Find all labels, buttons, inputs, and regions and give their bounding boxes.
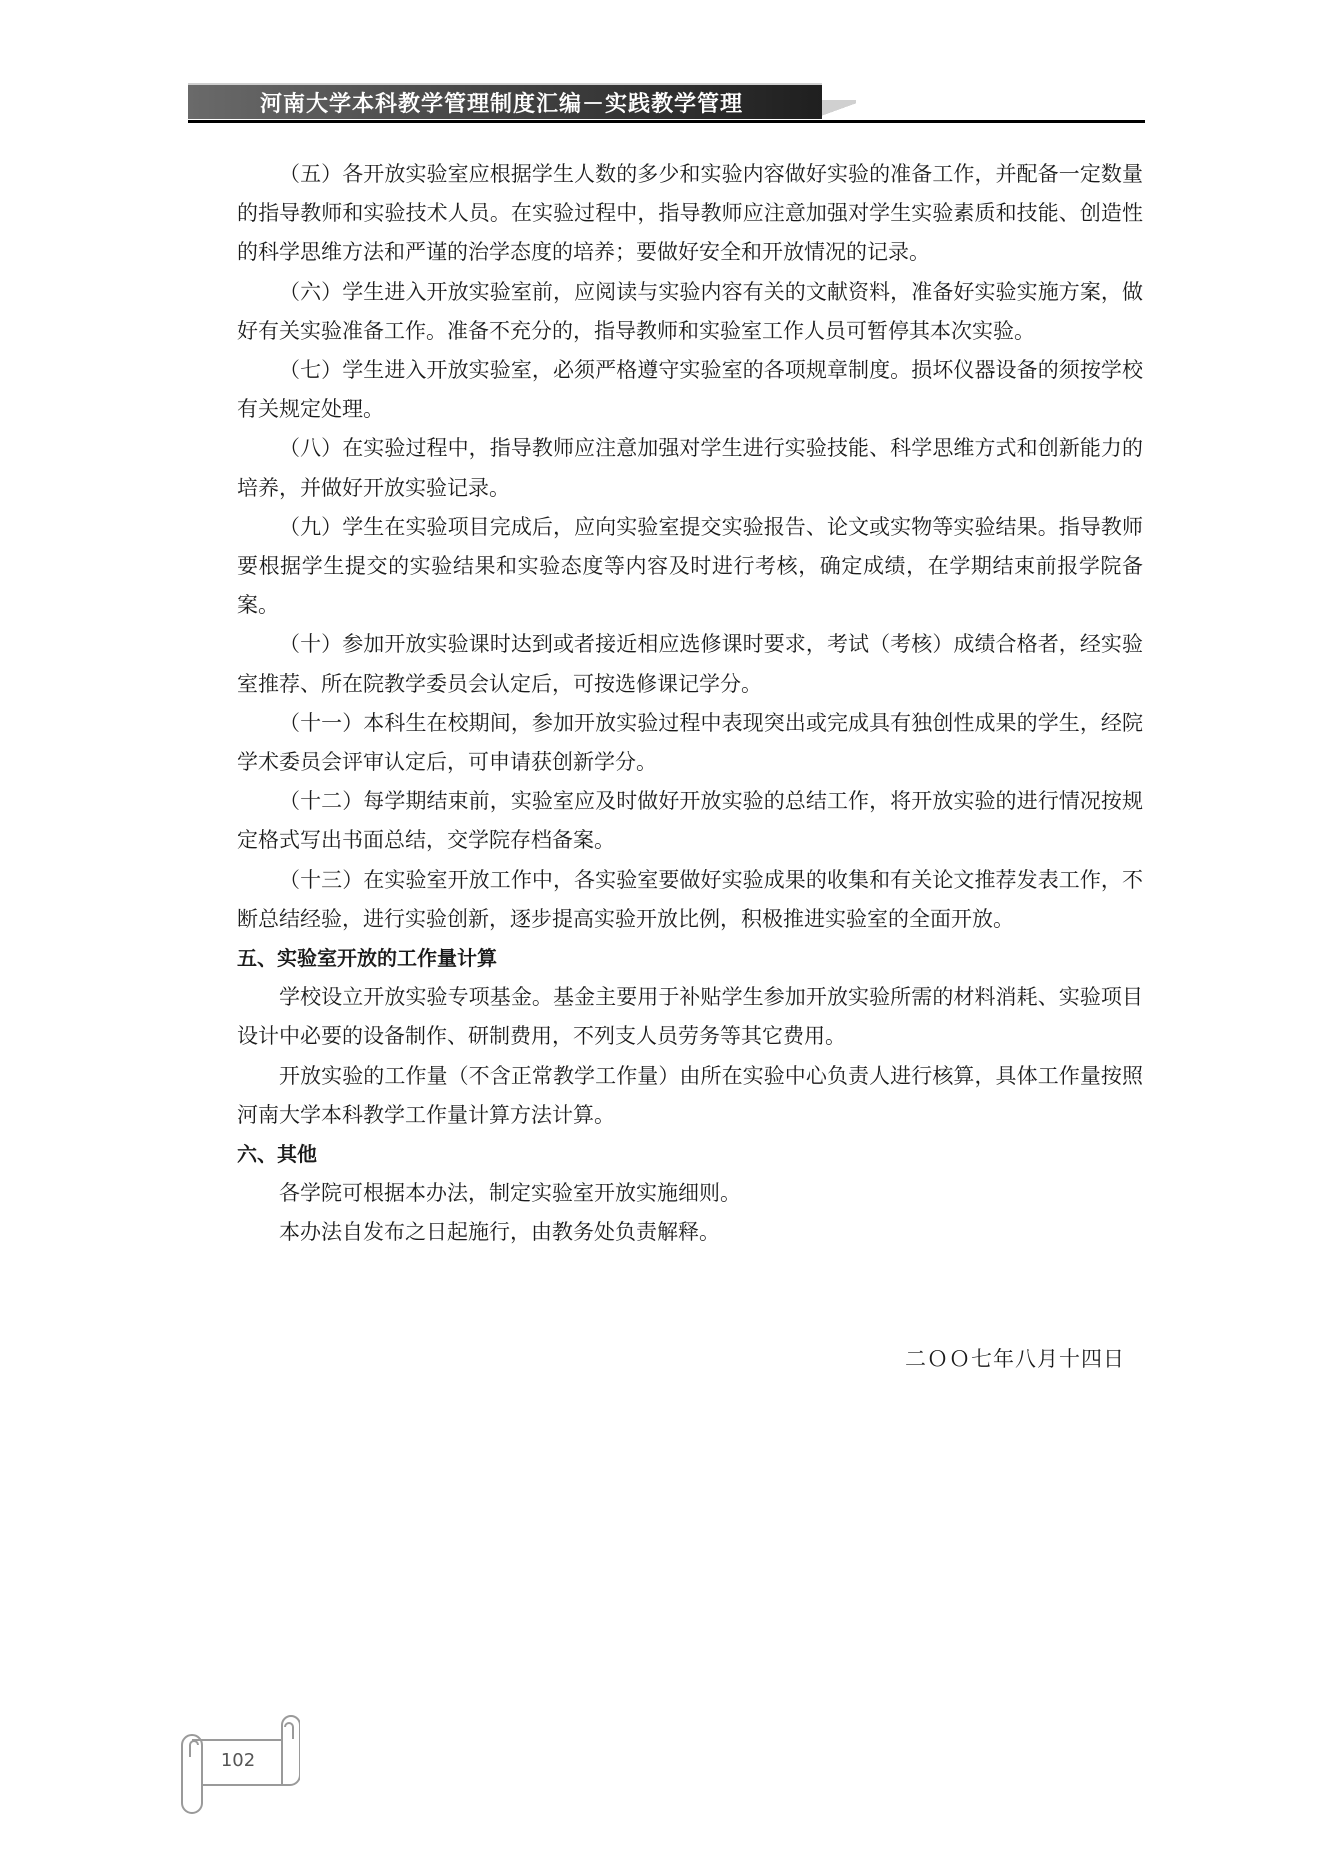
paragraph-9: （九）学生在实验项目完成后，应向实验室提交实验报告、论文或实物等实验结果。指导教… [237, 508, 1143, 626]
paragraph-11: （十一）本科生在校期间，参加开放实验过程中表现突出或完成具有独创性成果的学生，经… [237, 704, 1143, 782]
paragraph-workload: 开放实验的工作量（不含正常教学工作量）由所在实验中心负责人进行核算，具体工作量按… [237, 1057, 1143, 1135]
header-rule [188, 120, 1145, 123]
section-heading-workload: 五、实验室开放的工作量计算 [237, 939, 1143, 978]
document-date: 二ＯＯ七年八月十四日 [905, 1343, 1125, 1373]
paragraph-fund: 学校设立开放实验专项基金。基金主要用于补贴学生参加开放实验所需的材料消耗、实验项… [237, 978, 1143, 1056]
header-banner: 河南大学本科教学管理制度汇编－实践教学管理 [188, 83, 822, 119]
section-heading-other: 六、其他 [237, 1135, 1143, 1174]
paragraph-8: （八）在实验过程中，指导教师应注意加强对学生进行实验技能、科学思维方式和创新能力… [237, 429, 1143, 507]
paragraph-12: （十二）每学期结束前，实验室应及时做好开放实验的总结工作，将开放实验的进行情况按… [237, 782, 1143, 860]
document-collection-title: 河南大学本科教学管理制度汇编－实践教学管理 [260, 87, 743, 118]
paragraph-7: （七）学生进入开放实验室，必须严格遵守实验室的各项规章制度。损坏仪器设备的须按学… [237, 351, 1143, 429]
paragraph-10: （十）参加开放实验课时达到或者接近相应选修课时要求，考试（考核）成绩合格者，经实… [237, 625, 1143, 703]
paragraph-effective: 本办法自发布之日起施行，由教务处负责解释。 [237, 1213, 1143, 1252]
paragraph-13: （十三）在实验室开放工作中，各实验室要做好实验成果的收集和有关论文推荐发表工作，… [237, 861, 1143, 939]
paragraph-5: （五）各开放实验室应根据学生人数的多少和实验内容做好实验的准备工作，并配备一定数… [237, 155, 1143, 273]
header-flag-decoration [822, 100, 856, 119]
paragraph-6: （六）学生进入开放实验室前，应阅读与实验内容有关的文献资料，准备好实验实施方案，… [237, 273, 1143, 351]
document-body: （五）各开放实验室应根据学生人数的多少和实验内容做好实验的准备工作，并配备一定数… [237, 155, 1143, 1253]
paragraph-rules: 各学院可根据本办法，制定实验室开放实施细则。 [237, 1174, 1143, 1213]
page-number: 102 [213, 1750, 263, 1771]
